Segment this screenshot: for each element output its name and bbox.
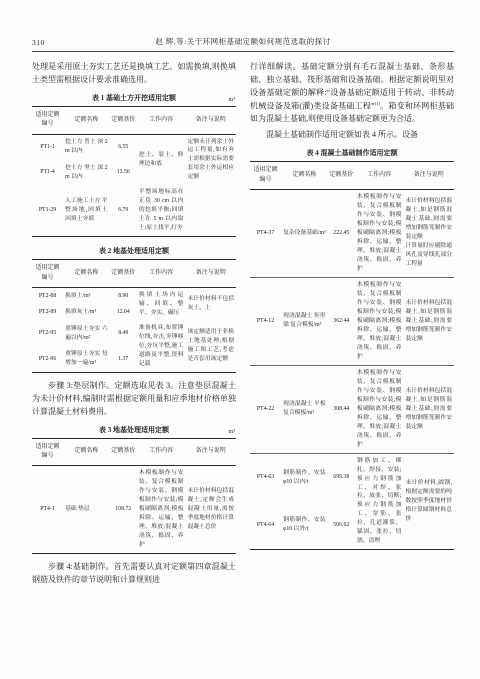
table-cell: 13.56 [110, 160, 137, 185]
table-cell: PT2-95 [32, 321, 63, 346]
page-number: 310 [32, 38, 92, 47]
table-ground-treatment-quota: 适用定额 编号定额名称定额基价工作内容备注与说明PT2-88换填土/m³8.90… [32, 259, 236, 372]
table-cell: 换填土场内运输、回填、整平、夯实、碾压 [137, 287, 186, 320]
column-header: 工作内容 [355, 162, 404, 190]
table-cell: PT1-4 [32, 160, 63, 185]
table-cell: 现浇混凝土 平板 复合模板/m³ [281, 365, 328, 453]
column-header: 适用定额 编号 [32, 106, 63, 134]
table-cell: 换填灰土/m³ [63, 304, 110, 320]
table-cell: 未计价材料包括混凝土,定额会生成混凝土用量,需按季度地材价格计算混凝土总价 [185, 466, 236, 554]
column-header: 适用定额 编号 [32, 260, 63, 288]
table1-caption: 表 1 基础土方开挖适用定额 m³ [32, 91, 236, 106]
table-cell: PT4-37 [250, 189, 281, 277]
table-cell: 6.79 [110, 185, 137, 236]
table-cell: 人工施工土方 平整场地,回填土 回填土夯填 [63, 185, 110, 236]
column-header: 备注与说明 [403, 162, 454, 190]
column-header: 定额基价 [110, 438, 137, 466]
table-cell: 定额未计列余土外运工程量,如有弃土需根据实际需要套用余土外运相应定额 [185, 134, 236, 185]
table-cell: PT1-29 [32, 185, 63, 236]
table4-title: 表 4 混凝土基础制作适用定额 [307, 149, 398, 157]
table-cell: PT4-12 [250, 277, 281, 365]
column-header: 定额名称 [281, 162, 328, 190]
table-cell: 钢筋制作、安装 φ10 以外/t [281, 501, 328, 549]
table2-title: 表 2 地基处理适用定额 [99, 247, 169, 255]
table-row: PT4-22现浇混凝土 平板 复合模板/m³308.44木模板制作与安装、复合模… [250, 365, 454, 453]
column-header: 定额名称 [63, 438, 110, 466]
table-cell: 12.04 [110, 304, 137, 320]
table-row: PT2-88换填土/m³8.90换填土场内运输、回填、整平、夯实、碾压未计价材料… [32, 287, 236, 304]
table-row: PT4-12现浇混凝土 矩形梁 复合模板/m³362.44木模板制作与安装、复合… [250, 277, 454, 365]
table-cell: 换填土/m³ [63, 287, 110, 304]
table-cell: 308.44 [328, 365, 355, 453]
table-cell: 108.72 [110, 466, 137, 554]
table-cell: PT4-63 [250, 453, 281, 501]
paragraph-table4-intro: 混凝土基础制作适用定额如表 4 所示。设备 [250, 129, 454, 142]
column-header: 定额基价 [110, 106, 137, 134]
table-cell: 未计价材料包括混凝土,如是钢筋混凝土基础,则需要增加钢筋笼制作安装定额 计算量时… [403, 189, 454, 277]
paragraph-quota-explanation: 行详细解读。基础定额分别有毛石混凝土基础、条形基础、独立基础、筏形基础和设备基础… [250, 61, 454, 126]
table-cell: 木模板制作与安装、复合模板制作与安装、钢模板制作与安装;模板刷隔离剂;模板拆除、… [355, 189, 404, 277]
column-header: 工作内容 [137, 438, 186, 466]
table-cell: 准备机具,布置锤位线,夯击,夯锤移位,夯坑平整,施工道路及平整,资料记载 [137, 321, 186, 372]
column-header: 备注与说明 [185, 260, 236, 288]
paragraph-step3: 步骤 3:垫层制作。定额选取见表 3。注意垫层混凝土为未计价材料,编制时需根据定… [32, 380, 236, 419]
column-header: 定额名称 [63, 260, 110, 288]
table-row: PT1-1挖土方 普土 深 2 m 以内6.55挖土、装土、修理边和底定额未计列… [32, 134, 236, 160]
table-cell: 699.38 [328, 453, 355, 501]
paper-page: 310 赵 辉,等:关于环网柜基础定额如何规范选取的探讨 处理是采用原土夯实工艺… [0, 0, 480, 679]
table-cell: PT2-88 [32, 287, 63, 304]
column-header: 定额基价 [110, 260, 137, 288]
table-cell: 挖土、装土、修理边和底 [137, 134, 186, 185]
table-cell: 未计价材料,圆钢,根据定额需要的吨数按照季度地材价格计算圆钢材料总价 [403, 453, 454, 550]
paragraph-continuation: 处理是采用原土夯实工艺还是换填工艺。如需换填,则换填土类型需根据设计要求准确选用… [32, 61, 236, 87]
table4-caption: 表 4 混凝土基础制作适用定额 [250, 146, 454, 161]
column-header: 工作内容 [137, 260, 186, 288]
table-cell: 1.37 [110, 346, 137, 372]
table3-unit: m³ [229, 429, 235, 435]
table-concrete-foundation-quota: 适用定额 编号定额名称定额基价工作内容备注与说明PT4-37复杂设备基础/m³2… [250, 161, 454, 550]
table-cell: 未计价材料不包括灰土、土 [185, 287, 236, 320]
running-title: 赵 辉,等:关于环网柜基础定额如何规范选取的探讨 [92, 36, 394, 47]
table-cell: 挖土方 坚土 深 2 m 以内 [63, 160, 110, 185]
column-header: 工作内容 [137, 106, 186, 134]
table-cell: PT2-89 [32, 304, 63, 320]
left-column: 处理是采用原土夯实工艺还是换填工艺。如需换填,则换填土类型需根据设计要求准确选用… [32, 61, 236, 590]
table-cell: PT2-96 [32, 346, 63, 372]
table-cell: 平整场地标高在正负 30 cm 以内的挖填平衡;回填土在 5 m 以内取土;原土… [137, 185, 186, 236]
table-cushion-quota: 适用定额 编号定额名称定额基价工作内容备注与说明PT4-1基础 垫层108.72… [32, 438, 236, 554]
right-column: 行详细解读。基础定额分别有毛石混凝土基础、条形基础、独立基础、筏形基础和设备基础… [250, 61, 454, 590]
table3-caption: 表 3 地基处理适用定额 m³ [32, 423, 236, 438]
column-header: 备注与说明 [185, 106, 236, 134]
table-row: PT4-1基础 垫层108.72木模板制作与安装、复合模板制作与安装、钢模板制作… [32, 466, 236, 554]
table-cell: 8.49 [110, 321, 137, 346]
table-cell [185, 185, 236, 236]
table-cell: 重锤原土夯实 每增加一遍/m² [63, 346, 110, 372]
table-cell: 木模板制作与安装、复合模板制作与安装、钢模板制作与安装;模板刷隔离剂;模板拆除、… [355, 277, 404, 365]
table-cell: 复杂设备基础/m³ [281, 189, 328, 277]
table-cell: 木模板制作与安装、复合模板制作与安装、钢模板制作与安装;模板刷隔离剂;模板拆除、… [137, 466, 186, 554]
table-cell: 506.62 [328, 501, 355, 549]
table-row: PT2-95重锤原土夯实 六遍以内/m²8.49准备机具,布置锤位线,夯击,夯锤… [32, 321, 236, 346]
table-cell: 木模板制作与安装、复合模板制作与安装、钢模板制作与安装;模板刷隔离剂;模板拆除、… [355, 365, 404, 453]
column-header: 定额名称 [63, 106, 110, 134]
table-excavation-quota: 适用定额 编号定额名称定额基价工作内容备注与说明PT1-1挖土方 普土 深 2 … [32, 106, 236, 237]
table1-unit: m³ [229, 97, 235, 103]
table-cell: 钢筋加工、绑扎、焊接、安装;预应力钢筋加工、对焊、张拉、放张、切断;预应力钢筋加… [355, 453, 404, 550]
table-cell: 重锤原土夯实 六遍以内/m² [63, 321, 110, 346]
table2-caption: 表 2 地基处理适用定额 [32, 244, 236, 259]
table-row: PT4-63钢筋制作、安装 φ10 以内/t699.38钢筋加工、绑扎、焊接、安… [250, 453, 454, 501]
table-cell: 钢筋制作、安装 φ10 以内/t [281, 453, 328, 501]
table-cell: 未计价材料包括混凝土,如是钢筋混凝土基础,则需要增加钢筋笼制作安装定额 [403, 365, 454, 453]
table-cell: 该定额适用于非换土地基处理,根据施工图工艺,考虑是否套用该定额 [185, 321, 236, 372]
table-cell: PT4-22 [250, 365, 281, 453]
table-cell: PT4-1 [32, 466, 63, 554]
two-column-layout: 处理是采用原土夯实工艺还是换填工艺。如需换填,则换填土类型需根据设计要求准确选用… [32, 61, 454, 590]
paragraph-step4: 步骤 4:基础制作。首先需要认真对定额第四章混凝土钢筋及铁件的章节说明和计算规则… [32, 561, 236, 587]
column-header: 定额基价 [328, 162, 355, 190]
table-cell: 222.45 [328, 189, 355, 277]
table-cell: 现浇混凝土 矩形梁 复合模板/m³ [281, 277, 328, 365]
table-row: PT4-37复杂设备基础/m³222.45木模板制作与安装、复合模板制作与安装、… [250, 189, 454, 277]
table-cell: 基础 垫层 [63, 466, 110, 554]
table-cell: PT4-64 [250, 501, 281, 549]
table-cell: PT1-1 [32, 134, 63, 160]
column-header: 适用定额 编号 [32, 438, 63, 466]
table-cell: 8.90 [110, 287, 137, 304]
table-row: PT1-29人工施工土方 平整场地,回填土 回填土夯填6.79平整场地标高在正负… [32, 185, 236, 236]
page-header: 310 赵 辉,等:关于环网柜基础定额如何规范选取的探讨 [32, 36, 454, 52]
table-cell: 未计价材料包括混凝土,如是钢筋混凝土基础,则需要增加钢筋笼制作安装定额 [403, 277, 454, 365]
table-cell: 362.44 [328, 277, 355, 365]
table-cell: 6.55 [110, 134, 137, 160]
column-header: 适用定额 编号 [250, 162, 281, 190]
table-cell: 挖土方 普土 深 2 m 以内 [63, 134, 110, 160]
table3-title: 表 3 地基处理适用定额 [99, 426, 169, 434]
column-header: 备注与说明 [185, 438, 236, 466]
table1-title: 表 1 基础土方开挖适用定额 [92, 94, 176, 102]
